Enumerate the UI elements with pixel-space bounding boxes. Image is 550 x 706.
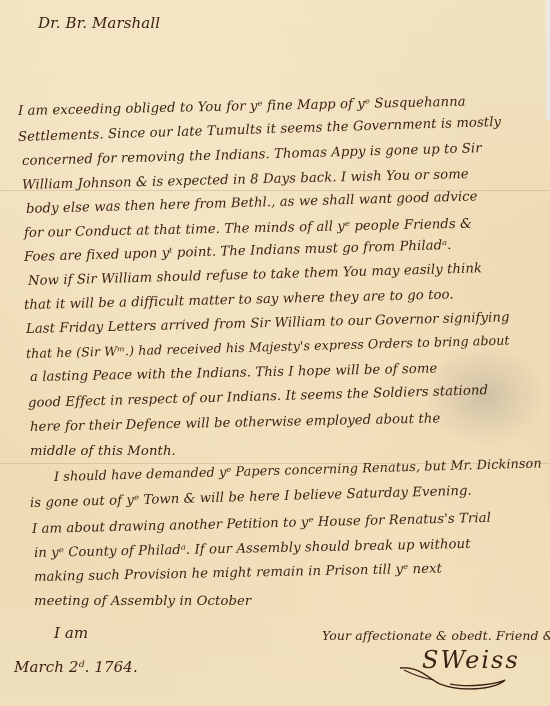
closing: I am xyxy=(54,624,88,642)
body-line: I am about drawing another Petition to y… xyxy=(32,511,491,537)
body-line: here for their Defence will be otherwise… xyxy=(30,411,441,435)
body-line: meeting of Assembly in October xyxy=(34,594,251,609)
letter-date: March 2ᵈ. 1764. xyxy=(14,658,138,676)
body-line: Settlements. Since our late Tumults it s… xyxy=(18,115,502,145)
signature-name: SWeiss xyxy=(422,646,520,674)
salutation: Dr. Br. Marshall xyxy=(38,14,160,32)
body-line: a lasting Peace with the Indians. This I… xyxy=(30,361,438,385)
letter-page: Dr. Br. Marshall I am exceeding obliged … xyxy=(0,0,550,706)
body-line: middle of this Month. xyxy=(30,444,176,459)
body-line: I am exceeding obliged to You for yᵉ fin… xyxy=(18,95,466,119)
body-line: that he (Sir Wᵐ.) had received his Majes… xyxy=(26,332,510,361)
body-line: that it will be a difficult matter to sa… xyxy=(24,288,454,313)
signature: SWeiss xyxy=(400,640,510,700)
body-line: I should have demanded yᵉ Papers concern… xyxy=(54,456,542,485)
body-line: body else was then here from Bethl., as … xyxy=(26,189,478,217)
body-line: for our Conduct at that time. The minds … xyxy=(24,217,472,241)
body-line: in yᵉ County of Philadᵃ. If our Assembly… xyxy=(34,537,471,561)
paper-edge xyxy=(544,0,550,120)
body-line: Now if Sir William should refuse to take… xyxy=(28,261,482,289)
body-line: is gone out of yᵉ Town & will be here I … xyxy=(30,484,472,511)
body-line: Last Friday Letters arrived from Sir Wil… xyxy=(26,310,510,337)
body-line: making such Provision he might remain in… xyxy=(34,561,442,585)
body-line: Foes are fixed upon yᵗ point. The Indian… xyxy=(24,238,452,265)
body-line: concerned for removing the Indians. Thom… xyxy=(22,141,482,169)
body-line: good Effect in respect of our Indians. I… xyxy=(28,383,488,411)
